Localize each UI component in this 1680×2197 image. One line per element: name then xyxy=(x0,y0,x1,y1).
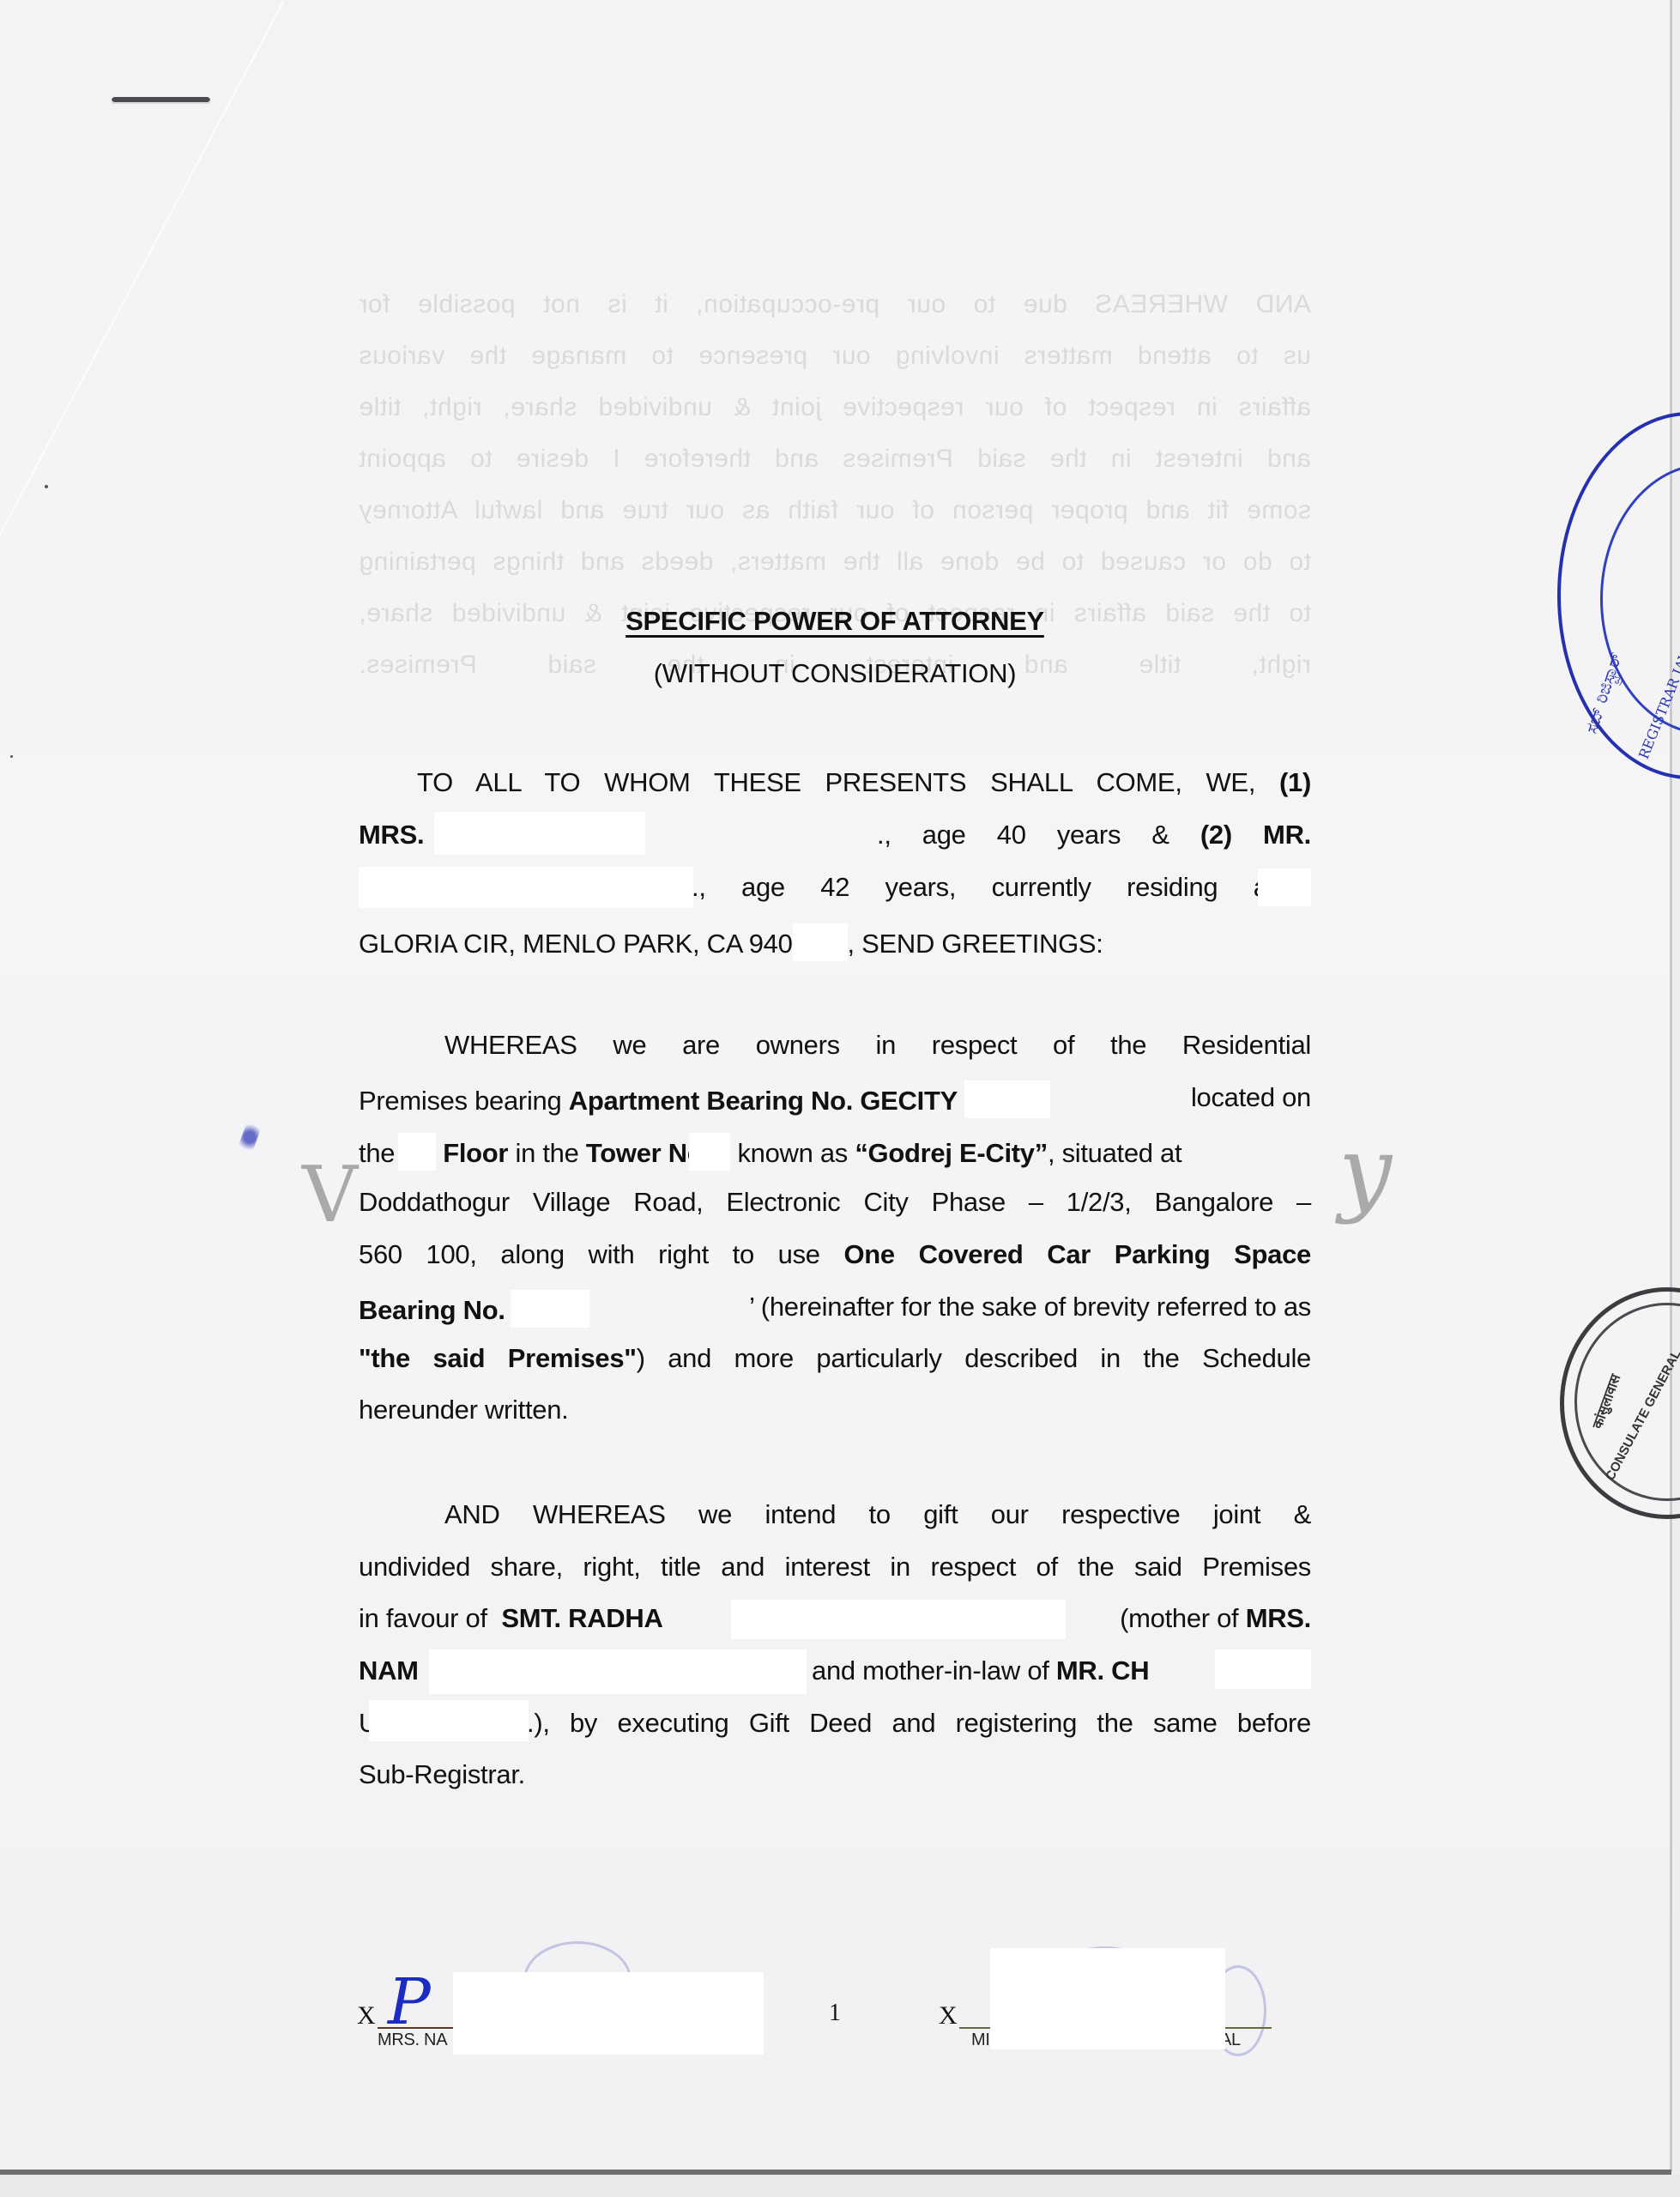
text-line: ., age 42 years, currently residing at xyxy=(692,870,1275,905)
signature-mark-left: X xyxy=(357,2001,376,2031)
signature-label-right: MI xyxy=(971,2031,990,2050)
text-span: ., age 40 years & xyxy=(877,820,1169,850)
text-bold: Bearing No. xyxy=(359,1295,505,1325)
redaction-box xyxy=(964,1080,1050,1118)
text-span: GLORIA CIR, MENLO PARK, CA 940 xyxy=(359,929,793,959)
text-span: TO ALL TO WHOM THESE PRESENTS SHALL COME… xyxy=(417,767,1255,797)
redaction-box xyxy=(398,1133,436,1171)
text-span: (mother of xyxy=(1120,1603,1238,1633)
bleed-line: and interest in the said Premises and th… xyxy=(359,445,1311,474)
text-bold: Tower No xyxy=(586,1138,704,1168)
text-span: ’ (hereinafter for the sake of brevity r… xyxy=(749,1290,1311,1324)
redaction-box xyxy=(359,867,693,908)
title-text: SPECIFIC POWER OF ATTORNEY xyxy=(625,606,1044,636)
text-bold: (2) xyxy=(1200,820,1232,850)
text-bold: "the said Premises" xyxy=(359,1343,637,1373)
text-bold: NAM xyxy=(359,1655,419,1686)
text-bold: MR. CH xyxy=(1056,1655,1149,1686)
text-line: TO ALL TO WHOM THESE PRESENTS SHALL COME… xyxy=(359,766,1311,800)
page-edge xyxy=(1670,0,1672,2171)
bleed-line: to do or caused to be done all the matte… xyxy=(359,548,1311,577)
page-number: 1 xyxy=(829,2000,841,2027)
bleed-line: us to attend matters involving our prese… xyxy=(359,342,1311,371)
text-line: 560 100, along with right to use One Cov… xyxy=(359,1238,1311,1272)
redaction-box xyxy=(369,1700,529,1741)
bleed-line: some fit and proper person of our faith … xyxy=(359,496,1311,525)
text-span: the xyxy=(359,1138,395,1168)
text-line: WHEREAS we are owners in respect of the … xyxy=(359,1028,1311,1062)
text-line: Doddathogur Village Road, Electronic Cit… xyxy=(359,1185,1311,1220)
text-span: , situated at xyxy=(1048,1138,1181,1168)
text-bold: MR. xyxy=(1263,820,1311,850)
pencil-mark-left: V xyxy=(302,1150,358,1240)
signature-mark-right: X xyxy=(939,2001,958,2031)
text-line: Bearing No.’ (hereinafter for the sake o… xyxy=(359,1290,1311,1328)
text-bold: (1) xyxy=(1279,767,1311,797)
pencil-mark: y xyxy=(1339,1116,1392,1226)
redaction-box xyxy=(689,1133,730,1171)
text-span: , SEND GREETINGS: xyxy=(848,929,1103,959)
text-bold: SMT. RADHA xyxy=(501,1603,662,1633)
scanner-bed xyxy=(0,2175,1680,2197)
text-bold: One Covered Car Parking Space xyxy=(843,1239,1311,1269)
signature-ink: P xyxy=(388,1965,431,2039)
text-line: AND WHEREAS we intend to gift our respec… xyxy=(359,1498,1311,1532)
bleed-line: AND WHEREAS due to our pre-occupation, i… xyxy=(359,290,1311,319)
text-line: hereunder written. xyxy=(359,1393,1311,1427)
text-line: "the said Premises") and more particular… xyxy=(359,1341,1311,1376)
text-span: and mother-in-law of xyxy=(812,1655,1049,1686)
text-bold: MRS. xyxy=(359,820,424,850)
redaction-box xyxy=(511,1290,589,1328)
text-bold: MRS. xyxy=(1246,1603,1311,1633)
text-line: .), by executing Gift Deed and registeri… xyxy=(527,1706,1311,1740)
redaction-box xyxy=(793,923,848,961)
text-line: Sub-Registrar. xyxy=(359,1758,1311,1792)
text-span: ) and more particularly described in the… xyxy=(637,1343,1311,1373)
signature-label-left: MRS. NA xyxy=(378,2031,447,2050)
text-bold: Floor xyxy=(443,1138,508,1168)
redaction-box xyxy=(429,1649,807,1694)
text-span: in the xyxy=(516,1138,579,1168)
text-span: known as xyxy=(737,1138,848,1168)
text-line: theFloor in the Tower Noknown as “Godrej… xyxy=(359,1133,1311,1171)
text-line: GLORIA CIR, MENLO PARK, CA 940, SEND GRE… xyxy=(359,923,1311,961)
text-span: 560 100, along with right to use xyxy=(359,1239,820,1269)
speck xyxy=(10,755,13,758)
text-bold: Apartment Bearing No. GECITY xyxy=(569,1086,958,1116)
speck xyxy=(45,485,48,488)
text-bold: “Godrej E-City” xyxy=(855,1138,1048,1168)
document-subtitle: (WITHOUT CONSIDERATION) xyxy=(359,658,1311,689)
redaction-box xyxy=(1258,869,1311,906)
redaction-box xyxy=(990,1948,1225,2049)
redaction-box xyxy=(453,1972,764,2055)
bleed-line: affairs in respect of our respective joi… xyxy=(359,393,1311,422)
staple-icon xyxy=(112,97,210,104)
text-span: (mother of MRS. xyxy=(1120,1601,1311,1636)
text-line: ., age 40 years & (2) MR. xyxy=(877,818,1311,852)
redaction-box xyxy=(434,812,645,855)
text-line: undivided share, right, title and intere… xyxy=(359,1550,1311,1584)
text-span: located on xyxy=(1191,1080,1311,1115)
text-span: Premises bearing xyxy=(359,1086,561,1116)
document-title: SPECIFIC POWER OF ATTORNEY xyxy=(359,606,1311,637)
text-line: Premises bearing Apartment Bearing No. G… xyxy=(359,1080,1311,1118)
redaction-box xyxy=(731,1600,1066,1639)
text-span: in favour of xyxy=(359,1603,487,1633)
redaction-box xyxy=(1215,1649,1311,1689)
